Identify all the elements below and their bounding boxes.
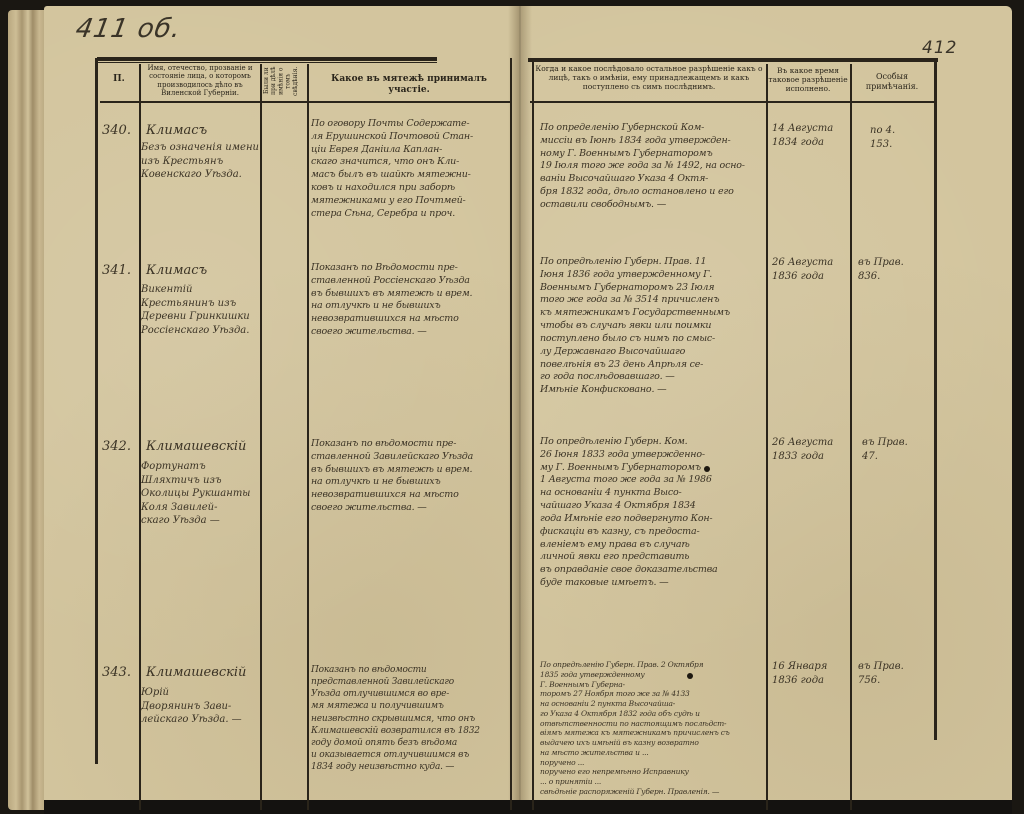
entry-details: Фортунатъ Шляхтичъ изъ Околицы Рукшанты … [141, 460, 259, 528]
entry-resolution: По опредѣленію Губерн. Прав. 2 Октября 1… [540, 660, 768, 797]
entry-surname: Климашевскій [146, 438, 246, 456]
entry-executed-date: 26 Августа 1836 года [772, 256, 850, 283]
bottom-shadow [44, 800, 1012, 814]
book-page-stack [8, 10, 48, 810]
header-executed: Въ какое время таковое разрѣшеніе исполн… [768, 66, 848, 93]
left-top-rule [97, 57, 437, 61]
entry-resolution: По определенію Губернской Ком- миссіи въ… [540, 122, 768, 212]
entry-surname: Климасъ [146, 262, 207, 280]
right-header-bottom-rule [530, 101, 936, 103]
header-resolution: Когда и какое послѣдовало остальное разр… [534, 64, 764, 91]
col-divider-right-start [532, 58, 534, 810]
header-name: Имя, отечество, прозваніе и состояніе ли… [141, 64, 259, 98]
entry-remarks: въ Прав. 756. [858, 660, 932, 687]
col-divider-name [260, 64, 262, 810]
entry-resolution: По опредѣленію Губерн. Прав. 11 Іюня 183… [540, 256, 768, 397]
ink-blot [687, 673, 693, 679]
right-top-rule [528, 58, 938, 62]
header-remarks: Особыя примѣчанія. [852, 72, 932, 91]
entry-executed-date: 16 Января 1836 года [772, 660, 850, 687]
entry-surname: Климасъ [146, 122, 207, 140]
col-divider-absent [307, 64, 309, 810]
entry-details: Безъ означенія имени изъ Крестьянъ Ковен… [141, 141, 259, 182]
entry-participation: Показанъ по вѣдомости представленной Зав… [311, 664, 511, 773]
entry-number: 341. [102, 262, 131, 280]
left-folio-number: 411 об. [73, 14, 183, 44]
entry-details: Викентій Крестьянинъ изъ Деревни Гринкиш… [141, 283, 259, 337]
right-folio-number: 412 [922, 38, 957, 58]
entry-executed-date: 26 Августа 1833 года [772, 436, 850, 463]
entry-number: 342. [102, 438, 131, 456]
entry-resolution: По опредѣленію Губерн. Ком. 26 Іюня 1833… [540, 436, 768, 590]
entry-number: 340. [102, 122, 131, 140]
entry-surname: Климашевскій [146, 664, 246, 682]
right-border [934, 58, 937, 740]
entry-details: Юрій Дворянинъ Зави- лейскаго Уѣзда. — [141, 686, 259, 727]
ink-blot [704, 466, 710, 472]
entry-number: 343. [102, 664, 131, 682]
entry-executed-date: 14 Августа 1834 года [772, 122, 850, 149]
book-gutter [508, 6, 532, 806]
entry-remarks: въ Прав. 836. [858, 256, 932, 283]
left-border [95, 58, 98, 764]
entry-participation: По оговору Почты Содержате- ля Ерушинско… [311, 118, 511, 221]
header-participation: Какое въ мятежѣ принималъ участіе. [310, 74, 508, 96]
header-number: П. [100, 74, 138, 85]
entry-remarks: по 4. 153. [870, 124, 930, 151]
entry-remarks: въ Прав. 47. [862, 436, 932, 463]
col-divider-executed [850, 64, 852, 810]
entry-participation: Показанъ по вѣдомости пре- ставленной За… [311, 438, 511, 515]
entry-participation: Показанъ по Вѣдомости пре- ставленной Ро… [311, 262, 511, 339]
left-header-bottom-rule [100, 101, 512, 103]
header-absent: Были ли при дѣлѣ имѣнія о томъ свѣдѣнія. [263, 62, 305, 100]
